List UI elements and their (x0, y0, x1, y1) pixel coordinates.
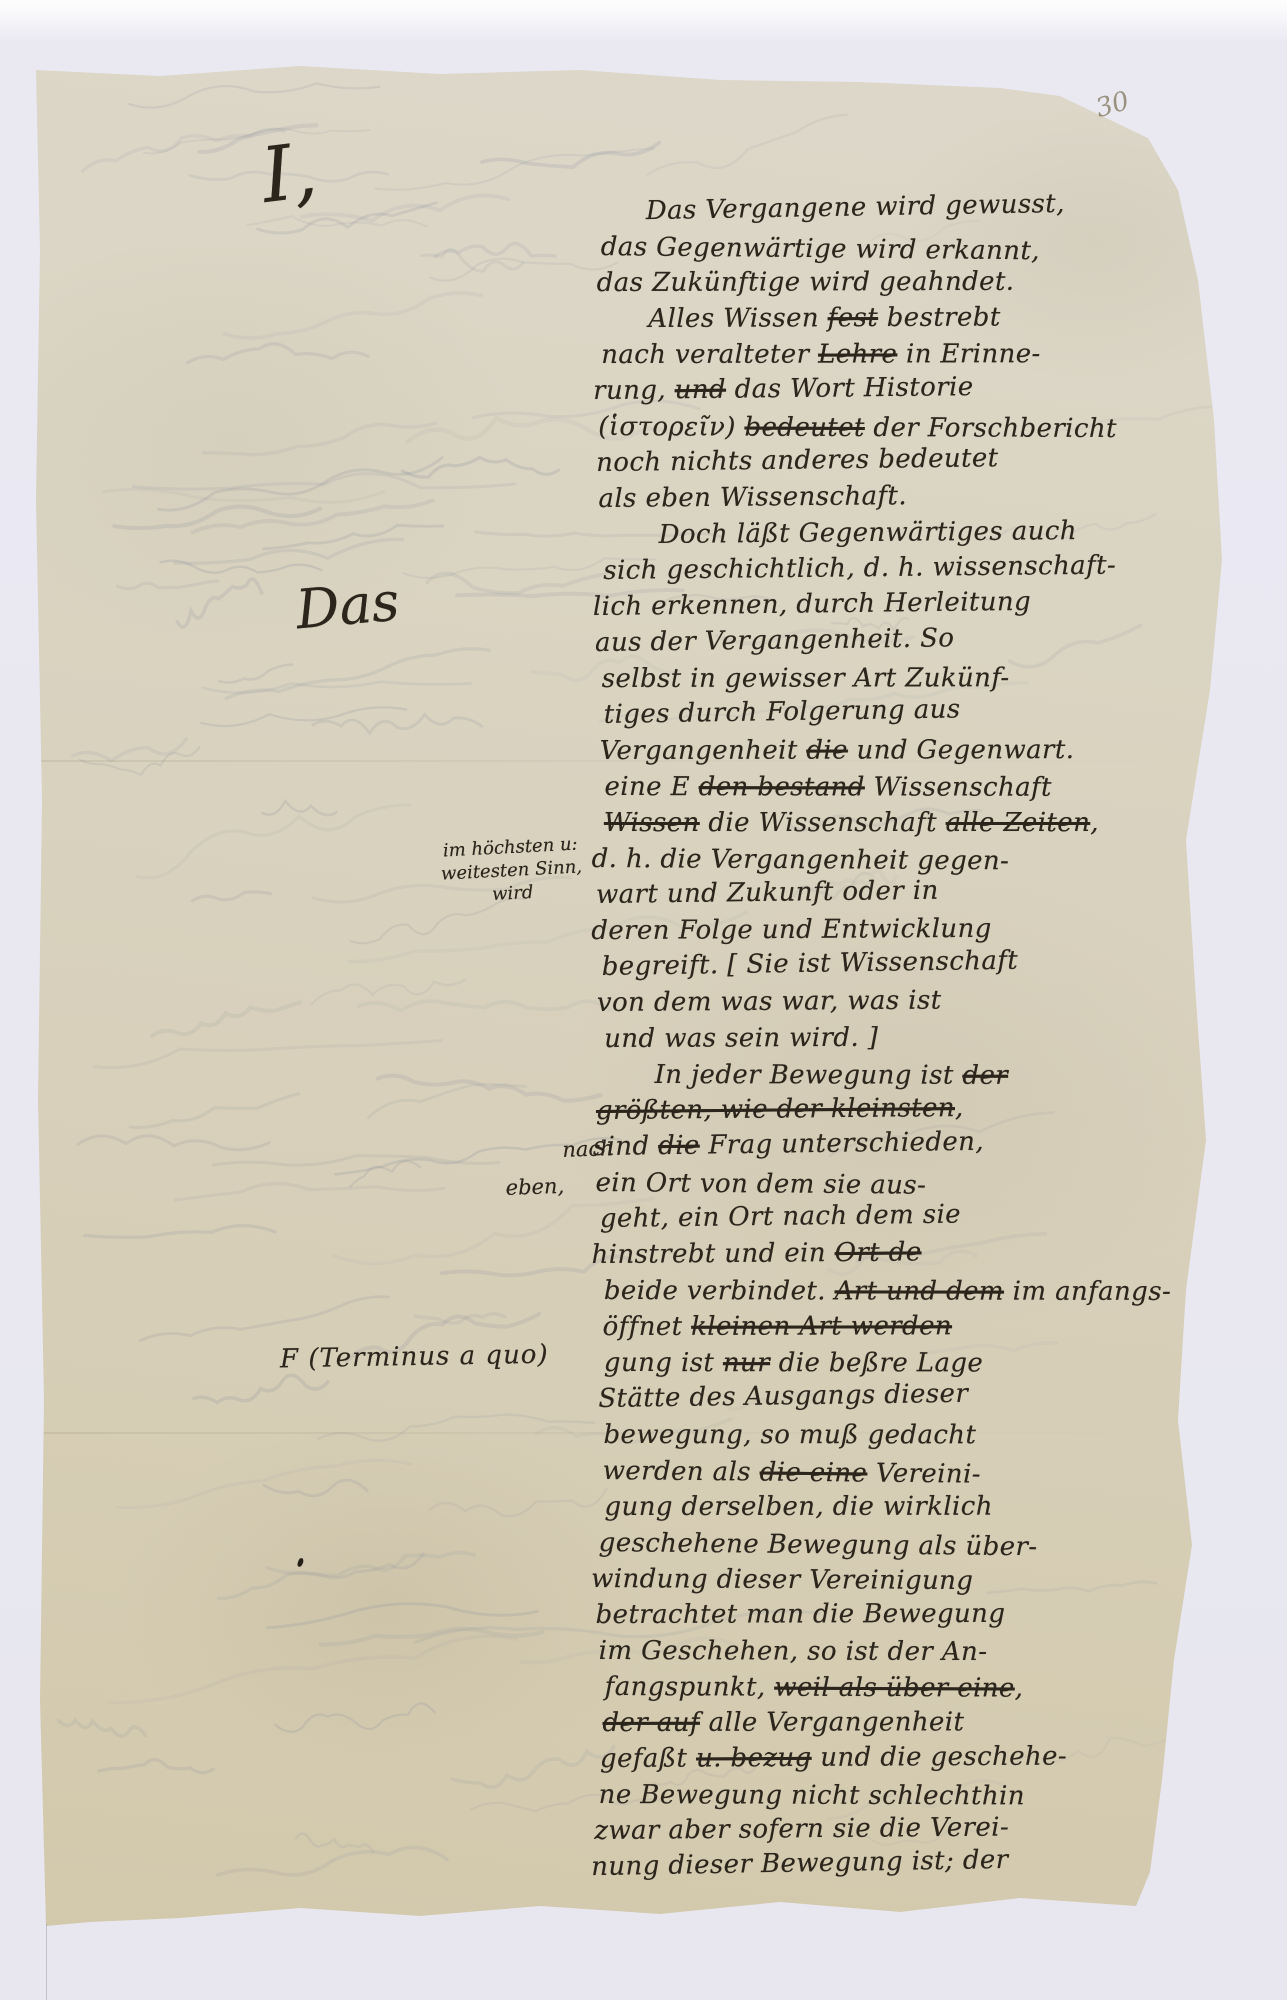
ink-text: , (1015, 1674, 1024, 1704)
manuscript-line: begreift. [ Sie ist Wissenschaft (602, 943, 1194, 988)
manuscript-line: Wissen die Wissenschaft alle Zeiten, (604, 808, 1196, 844)
manuscript-line: öffnet kleinen Art werden (603, 1311, 1195, 1348)
ink-text: Vergangenheit (600, 736, 807, 766)
ink-text: und die geschehe- (812, 1741, 1068, 1772)
struck-text: kleinen Art werden (691, 1311, 952, 1342)
manuscript-line: der auf alle Vergangenheit (602, 1707, 1194, 1744)
margin-note-line: F (Terminus a quo) (280, 1340, 549, 1375)
ink-text: selbst in gewisser Art Zukünf- (602, 663, 1010, 694)
ink-text: öffnet (603, 1312, 692, 1342)
ink-text: rung, (593, 375, 675, 406)
manuscript-line: hinstrebt und ein Ort de (591, 1235, 1183, 1276)
ink-text: Das Vergangene wird gewusst, (646, 189, 1065, 226)
manuscript-line: gefaßt u. bezug und die geschehe- (600, 1741, 1192, 1780)
ink-text: nach veralteter (601, 340, 818, 370)
ink-text: beide verbindet. (604, 1276, 835, 1306)
ink-text: geht, ein Ort nach dem sie (600, 1200, 961, 1234)
struck-text: Art und dem (835, 1276, 1004, 1306)
ink-text: noch nichts anderes bedeutet (596, 443, 999, 478)
ink-text: von dem was war, was ist (597, 986, 942, 1018)
manuscript-line: tiges durch Folgerung aus (604, 691, 1196, 736)
page-number: 30 (1093, 86, 1133, 124)
ink-text: das Zukünftige wird geahndet. (597, 267, 1015, 298)
struck-text: die (658, 1131, 700, 1162)
margin-note-3: F (Terminus a quo) (280, 1340, 549, 1375)
manuscript-line: betrachtet man die Bewegung (596, 1598, 1188, 1636)
manuscript-line: geht, ein Ort nach dem sie (600, 1197, 1192, 1240)
ink-text: , (955, 1093, 964, 1123)
manuscript-line: bewegung, so muß gedacht (603, 1420, 1195, 1456)
manuscript-line: im Geschehen, so ist der An- (599, 1636, 1191, 1674)
ink-text: d. h. die Vergangenheit gegen- (592, 844, 1010, 876)
ink-text: geschehene Bewegung als über- (599, 1528, 1038, 1562)
manuscript-line: noch nichts anderes bedeutet (596, 441, 1188, 484)
ink-text: und was sein wird. ] (604, 1023, 878, 1054)
ink-text: das Gegenwärtige wird erkannt, (601, 232, 1040, 266)
ink-text: im Geschehen, so ist der An- (599, 1636, 988, 1667)
struck-text: fest (828, 303, 879, 333)
ink-text: Frag unterschieden, (700, 1127, 985, 1161)
manuscript-line: als eben Wissenschaft. (598, 479, 1190, 520)
manuscript-line: von dem was war, was ist (597, 984, 1189, 1024)
struck-text: Ort de (835, 1237, 922, 1268)
struck-text: alle Zeiten (946, 808, 1091, 838)
ink-text: der Forschbericht (865, 413, 1117, 444)
manuscript-line: eine E den bestand Wissenschaft (604, 772, 1196, 809)
ink-text: , (1090, 808, 1099, 838)
manuscript-line: das Zukünftige wird geahndet. (597, 266, 1189, 304)
ink-text: In jeder Bewegung ist (655, 1060, 963, 1091)
ink-text: windung dieser Vereinigung (591, 1564, 973, 1596)
ink-text: eine E (604, 772, 698, 802)
ink-text: gung ist (604, 1348, 723, 1378)
ink-text: gung derselben, die wirklich (604, 1492, 992, 1522)
struck-text: größten, wie der kleinsten (596, 1093, 955, 1126)
ink-text: begreift. [ Sie ist Wissenschaft (602, 946, 1019, 982)
manuscript-line: rung, und das Wort Historie (593, 370, 1185, 412)
ink-text: bewegung, so muß gedacht (603, 1420, 976, 1450)
struck-text: Wissen (604, 808, 700, 838)
ink-text: wart und Zukunft oder in (596, 876, 939, 910)
ink-text: in Erinne- (897, 339, 1040, 369)
manuscript-line: aus der Vergangenheit. So (595, 620, 1187, 664)
ink-text: aus der Vergangenheit. So (595, 623, 955, 658)
manuscript-line: windung dieser Vereinigung (591, 1564, 1183, 1603)
ink-text: lich erkennen, durch Herleitung (593, 587, 1032, 622)
ink-text: ne Bewegung nicht schlechthin (599, 1780, 1025, 1811)
struck-text: den bestand (699, 772, 865, 802)
struck-text: weil als über eine (774, 1673, 1015, 1704)
ink-text: ein Ort von dem sie aus- (595, 1168, 926, 1201)
scanned-page-background: I, Das im höchsten u:weitesten Sinn,wird… (0, 0, 1287, 2000)
struck-text: Lehre (818, 339, 897, 369)
ink-text: Stätte des Ausgangs dieser (598, 1379, 968, 1414)
section-numeral: I, (257, 125, 322, 220)
struck-text: der (962, 1061, 1008, 1091)
manuscript-line: Vergangenheit die und Gegenwart. (600, 735, 1192, 772)
ink-text: Wissenschaft (865, 772, 1052, 802)
ink-text: als eben Wissenschaft. (598, 481, 907, 514)
ink-text: sich geschichtlich, d. h. wissenschaft- (603, 551, 1116, 586)
ink-text: betrachtet man die Bewegung (596, 1599, 1006, 1630)
struck-text: die eine (760, 1458, 868, 1489)
manuscript-line: Stätte des Ausgangs dieser (598, 1376, 1190, 1420)
struck-text: nur (723, 1348, 770, 1378)
margin-note-1: im höchsten u:weitesten Sinn,wird (402, 830, 620, 910)
scan-edge-artifact (46, 1924, 47, 2000)
ink-text: sind (593, 1131, 659, 1162)
ink-text: bestrebt (878, 302, 1001, 333)
manuscript-line: fangspunkt, weil als über eine, (605, 1672, 1197, 1710)
manuscript-sheet: I, Das im höchsten u:weitesten Sinn,wird… (0, 0, 1287, 2000)
ink-text: deren Folge und Entwicklung (591, 914, 992, 946)
manuscript-text: Das Vergangene wird gewusst,das Gegenwär… (598, 196, 1190, 1888)
manuscript-line: geschehene Bewegung als über- (599, 1528, 1191, 1570)
manuscript-line: beide verbindet. Art und dem im anfangs- (604, 1276, 1196, 1313)
manuscript-line: und was sein wird. ] (604, 1021, 1196, 1060)
ink-text: zwar aber sofern sie die Verei- (594, 1812, 1009, 1846)
margin-heading-das: Das (293, 570, 401, 642)
manuscript-line: sind die Frag unterschieden, (593, 1124, 1185, 1168)
struck-text: und (675, 375, 727, 406)
ink-text: Alles Wissen (648, 303, 827, 334)
ink-text: die beßre Lage (770, 1348, 983, 1378)
ink-text: (ἱστορεῖν) (598, 412, 744, 443)
struck-text: u. bezug (696, 1743, 812, 1774)
struck-text: der auf (602, 1708, 699, 1738)
ink-text: die Wissenschaft (700, 808, 946, 838)
ink-text: werden als (603, 1456, 760, 1487)
ink-text: hinstrebt und ein (591, 1238, 834, 1270)
ink-text: im anfangs- (1004, 1277, 1171, 1307)
manuscript-line: gung derselben, die wirklich (604, 1491, 1196, 1528)
ink-text: nung dieser Bewegung ist; der (591, 1845, 1009, 1882)
ink-text: und Gegenwart. (848, 735, 1075, 765)
ink-text: alle Vergangenheit (700, 1707, 964, 1738)
ink-text: gefaßt (600, 1743, 696, 1774)
ink-text: Vereini- (867, 1459, 981, 1490)
ink-text: das Wort Historie (726, 372, 974, 405)
manuscript-line: wart und Zukunft oder in (596, 873, 1188, 916)
ink-text: Doch läßt Gegenwärtiges auch (659, 516, 1078, 550)
ink-text: tiges durch Folgerung aus (604, 694, 961, 729)
struck-text: bedeutet (744, 413, 864, 443)
ink-text: fangspunkt, (605, 1672, 775, 1703)
manuscript-line: Alles Wissen fest bestrebt (648, 302, 1186, 340)
struck-text: die (806, 736, 848, 766)
